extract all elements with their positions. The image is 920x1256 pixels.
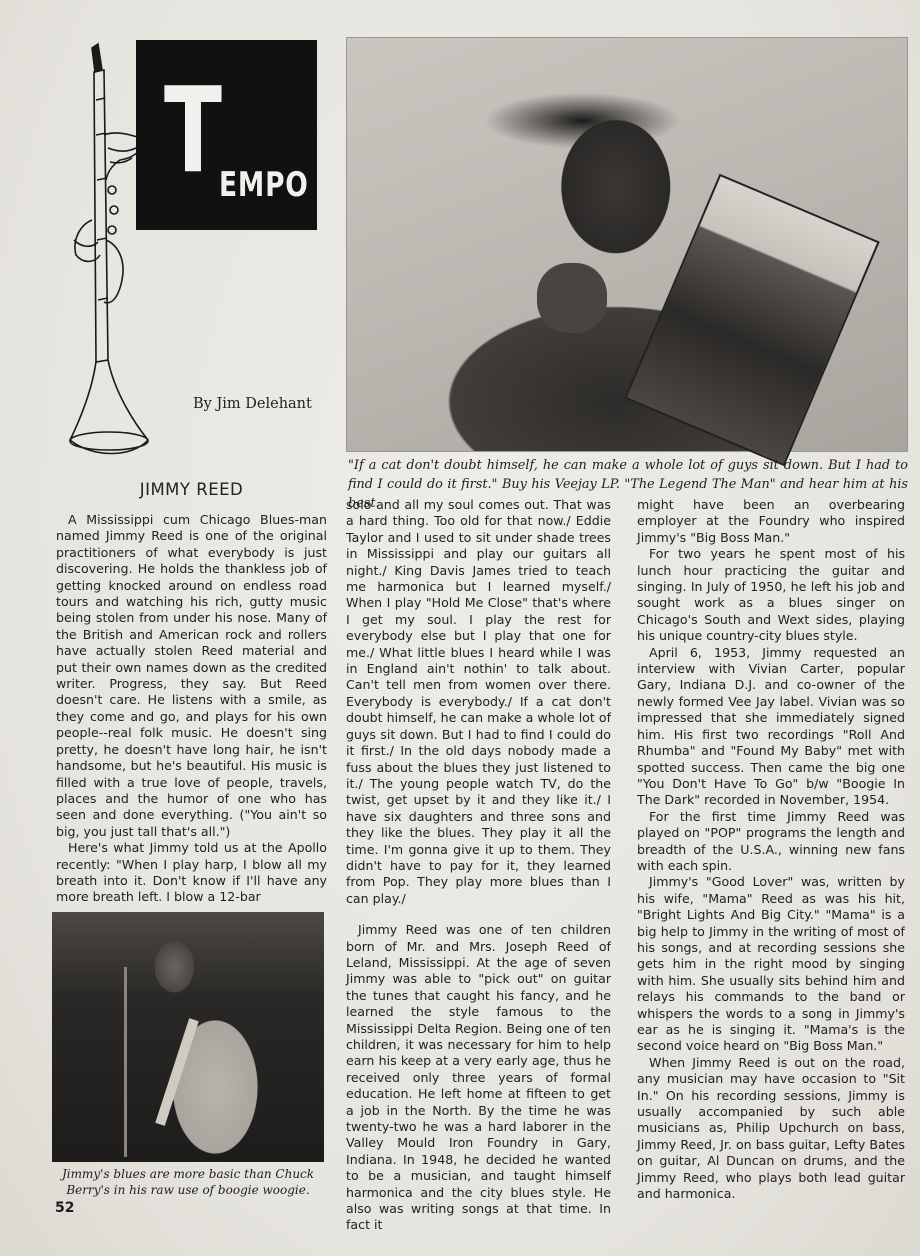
page-number: 52 bbox=[55, 1200, 74, 1216]
paragraph: Here's what Jimmy told us at the Apollo … bbox=[56, 840, 327, 906]
paragraph: April 6, 1953, Jimmy requested an interv… bbox=[637, 645, 905, 809]
paragraph: Jimmy's "Good Lover" was, written by his… bbox=[637, 874, 905, 1054]
masthead-initial: T bbox=[164, 80, 221, 180]
article-column-3: might have been an overbearing employer … bbox=[637, 497, 905, 1202]
tempo-masthead: T EMPO bbox=[136, 40, 317, 230]
paragraph: When Jimmy Reed is out on the road, any … bbox=[637, 1055, 905, 1203]
paragraph: solo and all my soul comes out. That was… bbox=[346, 497, 611, 907]
masthead-rest: EMPO bbox=[219, 168, 309, 202]
article-title: JIMMY REED bbox=[56, 480, 327, 499]
jimmy-reed-stage-photo bbox=[52, 912, 324, 1162]
paragraph: Jimmy Reed was one of ten children born … bbox=[346, 922, 611, 1234]
paragraph: might have been an overbearing employer … bbox=[637, 497, 905, 546]
article-column-2: solo and all my soul comes out. That was… bbox=[346, 497, 611, 1234]
paragraph: For the first time Jimmy Reed was played… bbox=[637, 809, 905, 875]
paragraph-gap bbox=[346, 907, 611, 922]
magazine-page: T EMPO By Jim Delehant "If a cat don't d… bbox=[0, 0, 920, 1256]
photo-detail-lp-album bbox=[624, 174, 880, 467]
paragraph: For two years he spent most of his lunch… bbox=[637, 546, 905, 644]
photo-detail-mic-stand bbox=[124, 967, 127, 1157]
photo-detail-guitar bbox=[155, 1018, 199, 1126]
photo-detail-hand bbox=[537, 263, 607, 333]
paragraph: A Mississippi cum Chicago Blues-man name… bbox=[56, 512, 327, 840]
byline: By Jim Delehant bbox=[193, 396, 312, 412]
article-column-1: A Mississippi cum Chicago Blues-man name… bbox=[56, 512, 327, 906]
jimmy-reed-portrait-photo bbox=[346, 37, 908, 452]
bottom-photo-caption: Jimmy's blues are more basic than Chuck … bbox=[52, 1166, 324, 1198]
